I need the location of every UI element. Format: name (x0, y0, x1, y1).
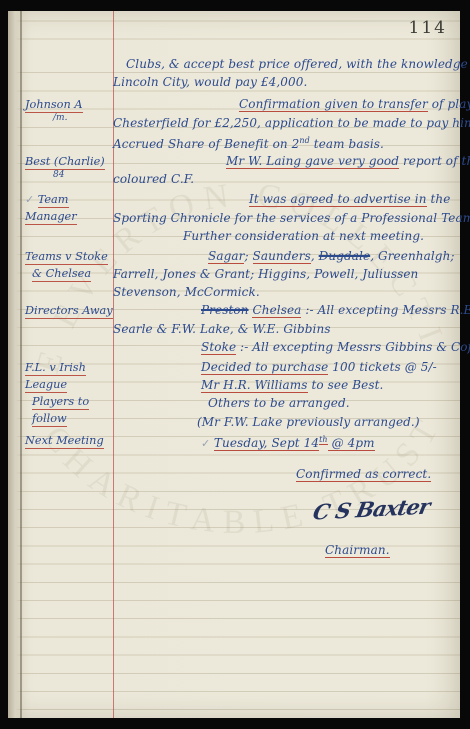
minute-line: (Mr F.W. Lake previously arranged.) (113, 413, 460, 431)
minute-line: It was agreed to advertise in the (113, 190, 460, 208)
text-segment: :- All excepting Messrs R.E. (301, 303, 470, 317)
text-segment: Chairman. (325, 543, 390, 558)
text-segment: Confirmation given to transfer (239, 97, 428, 112)
text-segment: Stoke (201, 340, 236, 355)
minute-line: Farrell, Jones & Grant; Higgins, Powell,… (113, 265, 460, 283)
text-segment: Sagar (208, 249, 244, 264)
text-segment: Mr W. Laing gave very good (226, 154, 399, 169)
text-segment: coloured C.F. (113, 172, 194, 186)
text-segment: Searle & F.W. Lake, & W.E. Gibbins (113, 322, 331, 336)
minute-line: Searle & F.W. Lake, & W.E. Gibbins (113, 320, 460, 338)
minute-line: Chairman. (113, 541, 460, 559)
text-segment: @ 4pm (328, 436, 375, 451)
margin-heading-text: Teams v Stoke (25, 250, 108, 265)
text-segment: team basis. (310, 137, 384, 151)
margin-heading-text: F.L. v Irish League (25, 361, 86, 393)
minute-line: ✓ Tuesday, Sept 14th @ 4pm (113, 431, 460, 449)
text-segment: report of this (399, 154, 470, 168)
text-segment: (Mr F.W. Lake previously arranged.) (197, 415, 420, 429)
text-segment: ; (244, 249, 252, 263)
minute-entry: Confirmed as correct.C S BaxterChairman. (113, 465, 460, 559)
margin-heading-text: Directors Away (25, 304, 113, 319)
text-segment: Stevenson, McCormick. (113, 285, 260, 299)
minute-line: Further consideration at next meeting. (113, 227, 460, 245)
text-segment: nd (299, 136, 309, 145)
minute-entry: Johnson A/m.Confirmation given to transf… (113, 95, 460, 150)
margin-heading: ✓ Team Manager (25, 191, 113, 225)
minute-entry: Teams v Stoke& ChelseaSagar; Saunders, D… (113, 247, 460, 302)
minute-line: Sporting Chronicle for the services of a… (113, 209, 460, 227)
minute-line: Chesterfield for £2,250, application to … (113, 114, 460, 132)
minute-entry: ✓ Team ManagerIt was agreed to advertise… (113, 190, 460, 245)
minute-line: Confirmation given to transfer of player… (113, 95, 460, 113)
margin-heading: Next Meeting (25, 432, 113, 449)
page-number: 114 (409, 18, 447, 38)
minute-line: Lincoln City, would pay £4,000. (113, 73, 460, 91)
text-segment: Lincoln City, would pay £4,000. (113, 75, 307, 89)
text-segment: Tuesday, Sept 14 (214, 436, 319, 451)
text-segment: 100 tickets @ 5/- (328, 360, 436, 374)
minute-line: coloured C.F. (113, 170, 460, 188)
margin-heading: Teams v Stoke& Chelsea (25, 248, 113, 282)
text-segment: the (427, 192, 451, 206)
minute-line: Sagar; Saunders, Dugdale, Greenhalgh; (113, 247, 460, 265)
minute-line: Clubs, & accept best price offered, with… (113, 55, 460, 73)
text-segment: Dugdale (319, 249, 371, 263)
margin-subnote: 84 (25, 170, 113, 181)
binding-crease (20, 11, 22, 718)
minute-line: Others to be arranged. (113, 394, 460, 412)
margin-subnote: /m. (25, 113, 113, 124)
margin-heading-text: Johnson A (25, 98, 83, 113)
minute-entry: Clubs, & accept best price offered, with… (113, 55, 460, 91)
text-segment: Saunders (253, 249, 311, 264)
text-segment: Clubs, & accept best price offered, with… (126, 57, 470, 71)
ledger-page: THE EVERTON COLLECTION CHARITABLE TRUST … (8, 11, 460, 718)
minute-entry: Directors AwayPreston Chelsea :- All exc… (113, 301, 460, 356)
text-segment: Chelsea (252, 303, 301, 318)
text-segment: Chesterfield for £2,250, application to … (113, 116, 470, 130)
text-segment: Farrell, Jones & Grant; Higgins, Powell,… (113, 267, 418, 281)
minute-entry: Best (Charlie)84Mr W. Laing gave very go… (113, 152, 460, 188)
minute-entry: F.L. v Irish LeaguePlayers to followDeci… (113, 358, 460, 431)
minutes-content: Clubs, & accept best price offered, with… (113, 55, 460, 559)
margin-heading: F.L. v Irish LeaguePlayers to follow (25, 359, 113, 427)
margin-heading-text: Next Meeting (25, 434, 104, 449)
text-segment: It was agreed to advertise in (249, 192, 427, 207)
minute-line: Mr W. Laing gave very good report of thi… (113, 152, 460, 170)
text-segment: , Greenhalgh; (370, 249, 454, 263)
text-segment: Others to be arranged. (208, 396, 350, 410)
text-segment: th (319, 435, 328, 445)
minute-line: Stoke :- All excepting Messrs Gibbins & … (113, 338, 460, 356)
check-tick-icon: ✓ (25, 193, 38, 206)
text-segment: :- All excepting Messrs Gibbins & Coffey… (236, 340, 470, 354)
minute-line: Stevenson, McCormick. (113, 283, 460, 301)
text-segment: Sporting Chronicle for the services of a… (113, 211, 470, 225)
minute-line: Preston Chelsea :- All excepting Messrs … (113, 301, 460, 319)
margin-heading: Directors Away (25, 302, 113, 319)
text-segment: Mr H.R. Williams (201, 378, 308, 393)
minute-entry: Next Meeting✓ Tuesday, Sept 14th @ 4pm (113, 431, 460, 449)
text-segment: Preston (201, 303, 249, 317)
text-segment: , (311, 249, 319, 263)
chairman-signature: C S Baxter (108, 490, 465, 538)
check-tick-icon: ✓ (201, 437, 214, 450)
margin-heading-text: Best (Charlie) (25, 155, 105, 170)
text-segment: Confirmed as correct. (296, 467, 431, 482)
margin-heading: Johnson A/m. (25, 96, 113, 124)
text-segment: Decided to purchase (201, 360, 328, 375)
minute-line: Mr H.R. Williams to see Best. (113, 376, 460, 394)
margin-heading-text: & Chelsea (32, 267, 91, 282)
text-segment: C S Baxter (311, 494, 432, 525)
text-segment: of player to (428, 97, 470, 111)
minute-line: Decided to purchase 100 tickets @ 5/- (113, 358, 460, 376)
text-segment: Further consideration at next meeting. (183, 229, 424, 243)
minute-line: Confirmed as correct. (113, 465, 460, 483)
text-segment: Accrued Share of Benefit on 2 (113, 137, 299, 151)
margin-heading-text: Players to follow (32, 395, 89, 427)
minute-line: Accrued Share of Benefit on 2nd team bas… (113, 132, 460, 150)
margin-heading: Best (Charlie)84 (25, 153, 113, 181)
text-segment: to see Best. (308, 378, 384, 392)
